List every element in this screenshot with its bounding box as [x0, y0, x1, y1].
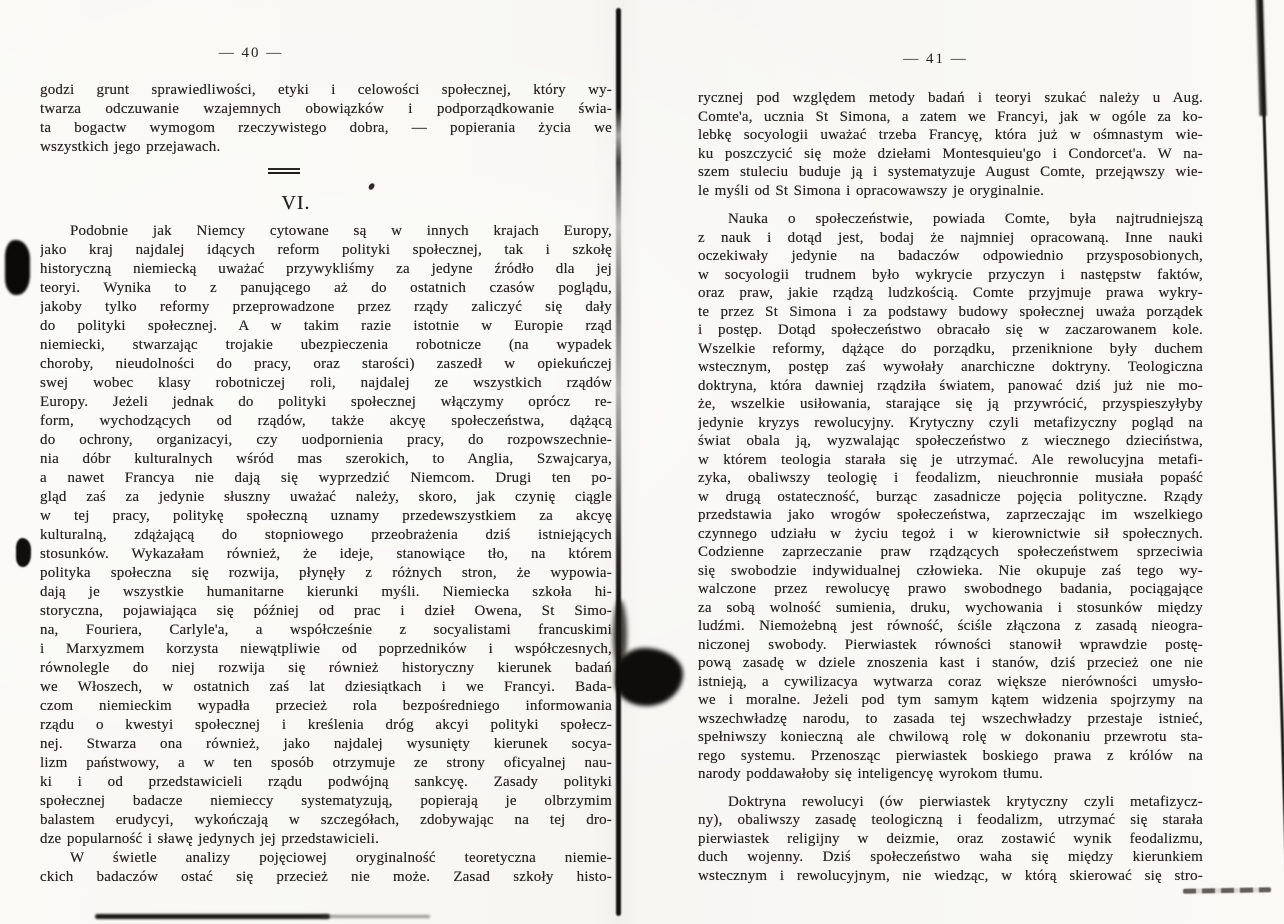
book-scan: — 40 — godzi grunt sprawiedliwości, etyk… — [0, 0, 1284, 924]
text-line: rządu o kwestyi społecznej i kreślenia d… — [40, 716, 612, 735]
text-line: pierwiastek religijny w deizmie, oraz zo… — [698, 830, 1203, 849]
text-line: pową zasadę w dziele znoszenia kast i st… — [698, 654, 1203, 673]
text-line: jakoby tylko reformy przeprowadzone prze… — [40, 298, 612, 317]
text-line: i postęp. Dotąd społeczeństwo obracało s… — [698, 321, 1203, 340]
section-divider — [268, 168, 300, 174]
text-line: zyka, obaliwszy teologię i feodalizm, ni… — [698, 469, 1203, 488]
text-line: na, Fouriera, Carlyle'a, a współcześnie … — [40, 621, 612, 640]
bottom-right-smudge — [1183, 887, 1271, 894]
text-line: spełniwszy konieczną ale chwilową rolę w… — [698, 728, 1203, 747]
text-line: doktryna, która dawniej rządziła światem… — [698, 377, 1203, 396]
binding-ink-blob — [615, 648, 683, 706]
text-line: stosunków. Wykazałam również, że ideje, … — [40, 545, 612, 564]
text-line: choroby, nieudolności do pracy, oraz sta… — [40, 355, 612, 374]
text-line: W świetle analizy pojęciowej oryginalnoś… — [40, 849, 612, 868]
text-line: Comte'a, ucznia St Simona, a zatem we Fr… — [698, 108, 1203, 127]
page-number-left: — 40 — — [40, 44, 612, 63]
paragraph-second-right: Nauka o społeczeństwie, powiada Comte, b… — [698, 210, 1203, 784]
text-line: storyczna, pojawiająca się później od pr… — [40, 602, 612, 621]
text-line: oczekiwały jedynie na badaczów odpowiedn… — [698, 247, 1203, 266]
ink-blob-left-margin-small — [16, 538, 31, 567]
paragraph-continuation-right: rycznej pod względem metody badań i teor… — [698, 89, 1203, 200]
text-line: nia dóbr kulturalnych wśród mas szerokic… — [40, 450, 612, 469]
bottom-left-smudge — [95, 914, 330, 919]
text-line: wstecznym i rewolucyjnym, nie wiedząc, w… — [698, 867, 1203, 886]
text-line: kulturalną, zdążającą do stopniowego prz… — [40, 526, 612, 545]
text-line: lebkę socyologii uważać trzeba Francyę, … — [698, 126, 1203, 145]
paragraph-closing-left: W świetle analizy pojęciowej oryginalnoś… — [40, 849, 612, 887]
text-line: niczonej swobody. Pierwiastek równości s… — [698, 636, 1203, 655]
text-line: ta bogactw wymogom rzeczywistego dobra, … — [40, 119, 612, 138]
text-line: szem stuleciu buduje ją i systematyzuje … — [698, 163, 1203, 182]
text-line: za sobą wolność sumienia, druku, wychowa… — [698, 599, 1203, 618]
text-line: rego systemu. Przenosząc pierwiastek bos… — [698, 747, 1203, 766]
text-line: niemiecki, stwarzając trojakie ubezpiecz… — [40, 336, 612, 355]
text-line: twarza odczuwanie wzajemnych obowiązków … — [40, 100, 612, 119]
text-line: Podobnie jak Niemcy cytowane są w innych… — [40, 222, 612, 241]
text-line: do polityki społecznej. A w takim razie … — [40, 317, 612, 336]
text-line: lizm państwowy, a w ten sposób otrzymuje… — [40, 754, 612, 773]
text-line: we i moralne. Jeżeli pod tym samym kątem… — [698, 691, 1203, 710]
text-line: Nauka o społeczeństwie, powiada Comte, b… — [698, 210, 1203, 229]
text-line: że, wszelkie usiłowania, starające się j… — [698, 395, 1203, 414]
text-line: istnieją, a cywilizacya wytwarza coraz w… — [698, 673, 1203, 692]
text-line: w którem teologia starała się je utrzyma… — [698, 451, 1203, 470]
text-line: równolegle do niej rozwija się również h… — [40, 659, 612, 678]
text-line: Codzienne zaprzeczanie praw rządzących s… — [698, 543, 1203, 562]
text-line: jedynie kryzys rewolucyjny. Krytyczny cz… — [698, 414, 1203, 433]
text-line: historyczną niemiecką uważać przywykliśm… — [40, 260, 612, 279]
section-heading: VI. — [40, 190, 612, 216]
ink-blob-left-margin-large — [5, 240, 30, 295]
text-line: Europy. Jeżeli jednak do polityki społec… — [40, 393, 612, 412]
text-line: czom niemieckim wypadła przecież rola be… — [40, 697, 612, 716]
text-line: Wszelkie reformy, dążące do porządku, pr… — [698, 340, 1203, 359]
text-line: jako kraj najdalej idących reform polity… — [40, 241, 612, 260]
page-number-right: — 41 — — [698, 50, 1203, 69]
text-line: rycznej pod względem metody badań i teor… — [698, 89, 1203, 108]
text-line: oraz praw, jakie rządzą ludzkością. Comt… — [698, 284, 1203, 303]
text-line: we Włoszech, w ostatnich zaś lat dziesią… — [40, 678, 612, 697]
text-line: gląd zaś za jedynie słuszny uważać należ… — [40, 488, 612, 507]
text-line: nej. Stwarza ona również, jako najdalej … — [40, 735, 612, 754]
text-line: i Marxyzmem korzysta niewątpliwie od pop… — [40, 640, 612, 659]
text-line: wszechwładzę narodu, to zasada tej wszec… — [698, 710, 1203, 729]
text-line: le myśli od St Simona i opracowawszy je … — [698, 182, 1203, 201]
paragraph-continuation-left: godzi grunt sprawiedliwości, etyki i cel… — [40, 81, 612, 157]
text-line: godzi grunt sprawiedliwości, etyki i cel… — [40, 81, 612, 100]
paragraph-main-left: Podobnie jak Niemcy cytowane są w innych… — [40, 222, 612, 849]
text-line: Doktryna rewolucyi (ów pierwiastek kryty… — [698, 793, 1203, 812]
text-line: polityka społeczna się rozwija, płynęły … — [40, 564, 612, 583]
text-line: duch wojenny. Dziś społeczeństwo waha si… — [698, 848, 1203, 867]
text-line: ny), obaliwszy zasadę teologiczną i feod… — [698, 811, 1203, 830]
text-line: swej wobec klasy robotniczej roli, najda… — [40, 374, 612, 393]
text-line: narody poddawałoby się inteligencyę wyro… — [698, 765, 1203, 784]
text-line: teoryi. Wynika to z panującego aż do ost… — [40, 279, 612, 298]
text-line: ludźmi. Niemożebną jest równość, ściśle … — [698, 617, 1203, 636]
text-line: czynnego udziału w życiu tegoż i w kiero… — [698, 525, 1203, 544]
right-page-edge-shadow — [1256, 0, 1267, 116]
text-line: z nauk i dotąd jest, bodaj że najmniej o… — [698, 229, 1203, 248]
text-line: w tej pracy, politykę społeczną uznamy p… — [40, 507, 612, 526]
text-line: a nawet Francya nie dają się wyprzedzić … — [40, 469, 612, 488]
text-line: świat obala ją, wyzwalając społeczeństwo… — [698, 432, 1203, 451]
page-40: — 40 — godzi grunt sprawiedliwości, etyk… — [40, 44, 612, 887]
page-41: — 41 — rycznej pod względem metody badań… — [698, 50, 1203, 885]
text-line: w drugą ostateczność, burząc zasadnicze … — [698, 488, 1203, 507]
text-line: wszystkich jego przejawach. — [40, 138, 612, 157]
paragraph-third-right: Doktryna rewolucyi (ów pierwiastek kryty… — [698, 793, 1203, 886]
right-page-edge-line — [1259, 0, 1284, 906]
binding-gutter-line — [616, 8, 621, 916]
text-line: ku poszczycić się może dziełami Montesqu… — [698, 145, 1203, 164]
text-line: społecznej badacze niemieccy systematyzu… — [40, 792, 612, 811]
text-line: balastem erudycyi, wykończają w szczegół… — [40, 811, 612, 830]
bottom-left-smudge-tail — [320, 915, 430, 918]
text-line: ki i od przedstawicieli rządu podwójną s… — [40, 773, 612, 792]
text-line: do ochrony, organizacyi, czy uodpornieni… — [40, 431, 612, 450]
text-line: się swobodzie indywidualnej człowieka. N… — [698, 562, 1203, 581]
divider-line-top — [268, 168, 300, 170]
binding-ink-smear — [613, 600, 627, 670]
text-line: wstecznym, postęp zaś wywołały anarchicz… — [698, 358, 1203, 377]
text-line: ckich badaczów ostać się przecież nie mo… — [40, 868, 612, 887]
text-line: form, wychodzących od rządów, także akcy… — [40, 412, 612, 431]
text-line: te przez St Simona i za podstawy budowy … — [698, 303, 1203, 322]
text-line: dają je wszystkie humanitarne kierunki m… — [40, 583, 612, 602]
text-line: dze popularność i sławę jedynych jej prz… — [40, 830, 612, 849]
text-line: w socyologii trudnem było wykrycie przyc… — [698, 266, 1203, 285]
divider-line-bottom — [268, 172, 300, 175]
text-line: przedstawia jako wrogów społeczeństwa, z… — [698, 506, 1203, 525]
text-line: walczone przez rewolucyę prawo swobodneg… — [698, 580, 1203, 599]
